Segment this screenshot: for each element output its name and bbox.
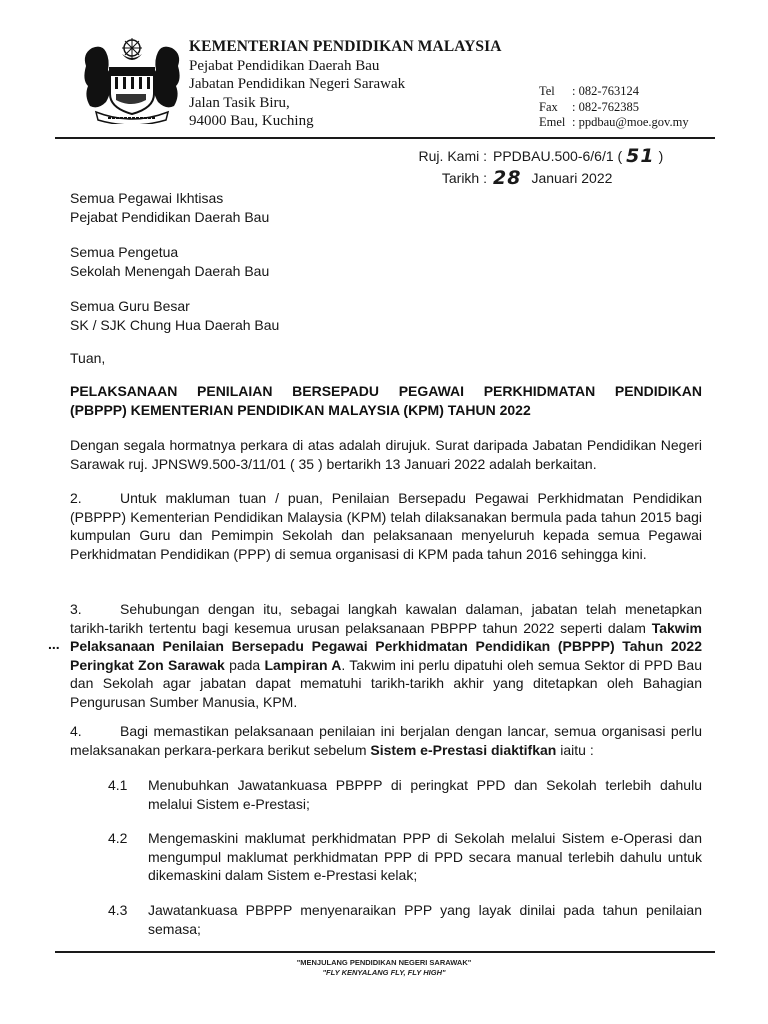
contact-fax: Fax: 082-762385	[539, 100, 689, 116]
contact-value: : ppdbau@moe.gov.my	[572, 115, 689, 131]
subitem-4-1: 4.1 Menubuhkan Jawatankuasa PBPPP di per…	[108, 776, 702, 813]
salutation: Tuan,	[70, 349, 105, 368]
contact-label: Emel	[539, 115, 572, 131]
recipient-group: Semua Guru Besar SK / SJK Chung Hua Daer…	[70, 297, 279, 334]
subitem-text: Mengemaskini maklumat perkhidmatan PPP d…	[148, 829, 702, 885]
system-activation-phrase: Sistem e-Prestasi diaktifkan	[370, 742, 556, 758]
margin-mark: ...	[48, 636, 60, 652]
subitem-number: 4.3	[108, 901, 127, 920]
paragraph-number: 3.	[70, 600, 120, 619]
subject-word: PELAKSANAAN	[70, 382, 177, 401]
subitem-text: Menubuhkan Jawatankuasa PBPPP di peringk…	[148, 776, 702, 813]
paragraph-3: 3.Sehubungan dengan itu, sebagai langkah…	[70, 600, 702, 712]
reference-close: )	[659, 145, 664, 167]
reference-label: Ruj. Kami :	[393, 145, 493, 167]
letter-subject: PELAKSANAAN PENILAIAN BERSEPADU PEGAWAI …	[70, 382, 702, 420]
recipient-line: Semua Pengetua	[70, 243, 279, 262]
recipient-group: Semua Pegawai Ikhtisas Pejabat Pendidika…	[70, 189, 279, 226]
footer-divider	[55, 951, 715, 953]
recipient-line: Pejabat Pendidikan Daerah Bau	[70, 208, 279, 227]
paragraph-text: iaitu :	[560, 742, 593, 758]
subitem-number: 4.2	[108, 829, 127, 848]
date-value: Januari 2022	[531, 167, 612, 189]
address-line: 94000 Bau, Kuching	[189, 112, 502, 131]
subitem-number: 4.1	[108, 776, 127, 795]
contact-email: Emel: ppdbau@moe.gov.my	[539, 115, 689, 131]
recipient-line: Semua Pegawai Ikhtisas	[70, 189, 279, 208]
subitem-4-3: 4.3 Jawatankuasa PBPPP menyenaraikan PPP…	[108, 901, 702, 938]
motto-line-1: "MENJULANG PENDIDIKAN NEGERI SARAWAK"	[0, 958, 768, 968]
subject-line-1: PELAKSANAAN PENILAIAN BERSEPADU PEGAWAI …	[70, 382, 702, 401]
footer-motto: "MENJULANG PENDIDIKAN NEGERI SARAWAK" "F…	[0, 958, 768, 978]
paragraph-2: 2.Untuk makluman tuan / puan, Penilaian …	[70, 489, 702, 563]
motto-line-2: "FLY KENYALANG FLY, FLY HIGH"	[0, 968, 768, 978]
address-line: Jalan Tasik Biru,	[189, 94, 502, 113]
paragraph-text: Sehubungan dengan itu, sebagai langkah k…	[70, 601, 702, 636]
contact-value: : 082-763124	[572, 84, 639, 100]
letterhead-address: KEMENTERIAN PENDIDIKAN MALAYSIA Pejabat …	[189, 38, 502, 131]
subject-word: PENILAIAN	[197, 382, 272, 401]
address-line: Jabatan Pendidikan Negeri Sarawak	[189, 75, 502, 94]
paragraph-number: 4.	[70, 722, 120, 741]
recipient-line: Sekolah Menengah Daerah Bau	[70, 262, 279, 281]
subject-word: PENDIDIKAN	[615, 382, 702, 401]
paragraph-4: 4.Bagi memastikan pelaksanaan penilaian …	[70, 722, 702, 759]
reference-value: PPDBAU.500-6/6/1 (	[493, 145, 622, 167]
handwritten-day: 28	[493, 167, 521, 189]
subitem-text: Jawatankuasa PBPPP menyenaraikan PPP yan…	[148, 901, 702, 938]
reference-block: Ruj. Kami : PPDBAU.500-6/6/1 ( 51 ) Tari…	[393, 145, 663, 189]
subject-line-2: (PBPPP) KEMENTERIAN PENDIDIKAN MALAYSIA …	[70, 401, 702, 420]
contact-value: : 082-762385	[572, 100, 639, 116]
reference-date: Tarikh : 28 Januari 2022	[393, 167, 663, 189]
recipients: Semua Pegawai Ikhtisas Pejabat Pendidika…	[70, 189, 279, 352]
subject-word: PERKHIDMATAN	[484, 382, 595, 401]
reference-number: Ruj. Kami : PPDBAU.500-6/6/1 ( 51 )	[393, 145, 663, 167]
recipient-line: SK / SJK Chung Hua Daerah Bau	[70, 316, 279, 335]
malaysia-coat-of-arms-icon	[78, 36, 186, 124]
paragraph-number: 2.	[70, 489, 120, 508]
recipient-group: Semua Pengetua Sekolah Menengah Daerah B…	[70, 243, 279, 280]
paragraph-text: Untuk makluman tuan / puan, Penilaian Be…	[70, 490, 702, 562]
subject-word: PEGAWAI	[399, 382, 464, 401]
date-label: Tarikh :	[393, 167, 493, 189]
contact-info: Tel: 082-763124 Fax: 082-762385 Emel: pp…	[539, 84, 689, 131]
subject-word: BERSEPADU	[292, 382, 379, 401]
contact-tel: Tel: 082-763124	[539, 84, 689, 100]
contact-label: Tel	[539, 84, 572, 100]
lampiran-reference: Lampiran A	[264, 657, 341, 673]
recipient-line: Semua Guru Besar	[70, 297, 279, 316]
address-line: Pejabat Pendidikan Daerah Bau	[189, 57, 502, 76]
organization-name: KEMENTERIAN PENDIDIKAN MALAYSIA	[189, 38, 502, 57]
header-divider	[55, 137, 715, 139]
contact-label: Fax	[539, 100, 572, 116]
paragraph-text: pada	[229, 657, 260, 673]
subitem-4-2: 4.2 Mengemaskini maklumat perkhidmatan P…	[108, 829, 702, 885]
paragraph-1: Dengan segala hormatnya perkara di atas …	[70, 436, 702, 473]
handwritten-number: 51	[626, 145, 654, 167]
